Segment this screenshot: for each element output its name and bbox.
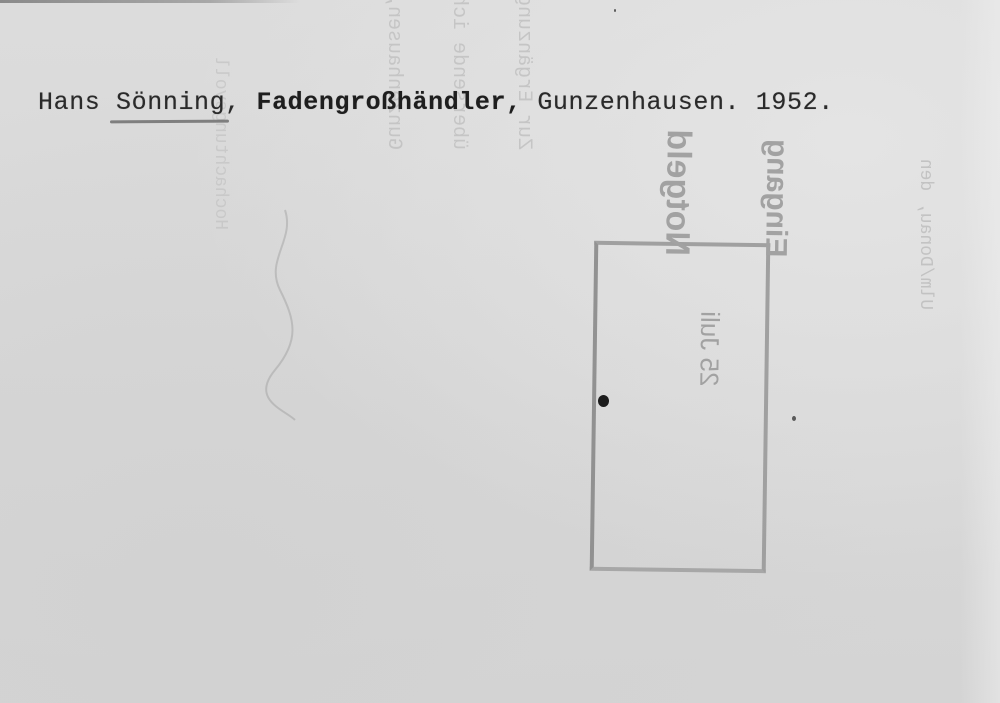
card-top-edge (0, 0, 300, 3)
reverse-letterhead: Ulm/Donau, den (915, 159, 935, 310)
occupation: Fadengroßhändler (256, 88, 506, 117)
card-heading: Hans Sönning, Fadengroßhändler, Gunzenha… (38, 88, 834, 117)
card-edge-highlight (960, 0, 1000, 703)
year: 1952. (756, 88, 834, 117)
reverse-text-line: übersende ich Ihnen anbei (447, 0, 470, 150)
reverse-text-line: Zur Ergänzung Ihrer Sammlung (512, 0, 535, 150)
reverse-text-line: Gunzenhausen, den 25. Juli (382, 0, 405, 150)
separator: , (225, 88, 256, 117)
place: Gunzenhausen. (537, 88, 740, 117)
ink-dot (598, 395, 609, 407)
received-stamp: Notgeld 25 Juli Eingang (590, 241, 771, 573)
surname: Sönning (116, 88, 225, 117)
stamp-label: Notgeld (657, 129, 698, 256)
reverse-signature-mark (255, 200, 315, 430)
separator: , (506, 88, 537, 117)
paper-speck (614, 9, 616, 12)
stamp-header: Eingang (758, 139, 794, 258)
stamp-date: 25 Juli (693, 311, 725, 387)
surname-text: Sönning (116, 88, 225, 117)
given-name: Hans (38, 88, 100, 117)
index-card: Zur Ergänzung Ihrer Sammlung übersende i… (0, 0, 1000, 703)
reverse-text-line: Hochachtungsvoll (210, 57, 230, 230)
paper-speck (792, 416, 796, 421)
